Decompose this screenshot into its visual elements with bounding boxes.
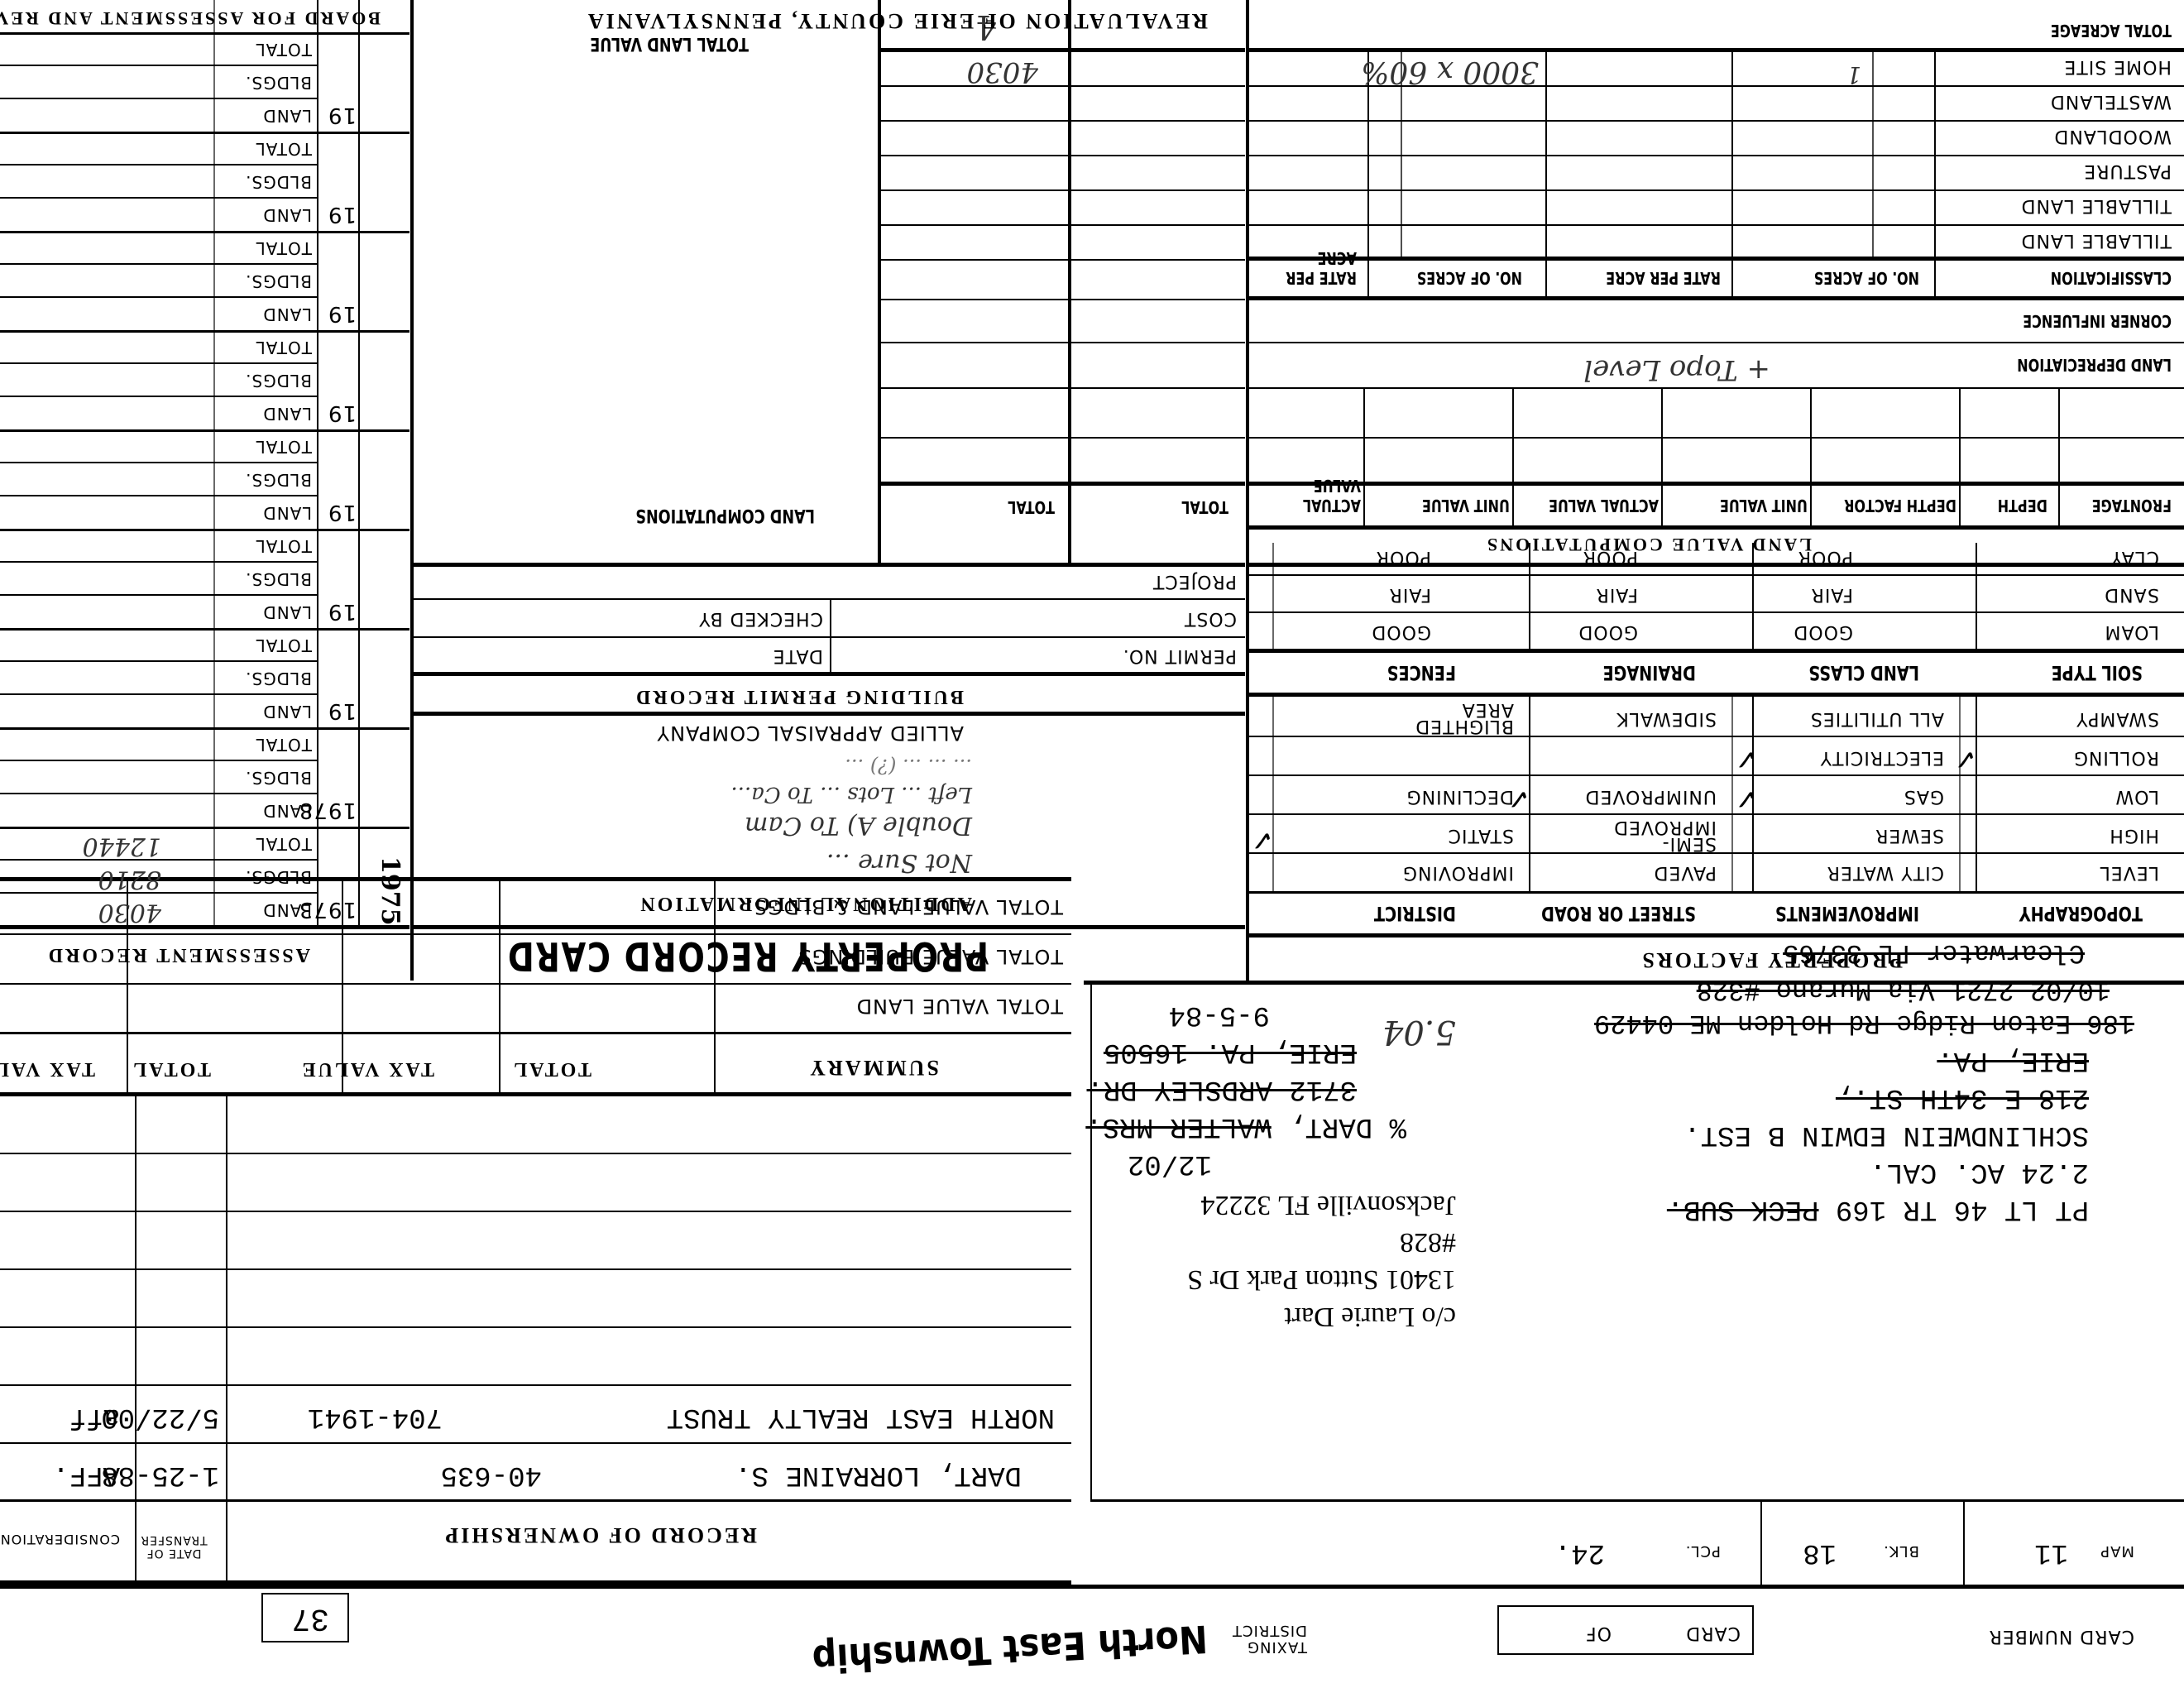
summary-tax-header: TAX VALUE	[300, 1057, 434, 1080]
corner-influence-label: CORNER INFLUENCE	[2023, 311, 2172, 331]
checkmark-icon[interactable]: ✓	[1954, 742, 1978, 775]
assessment-bldgs-label: BLDGS.	[245, 371, 312, 391]
col-depth-factor: DEPTH FACTOR	[1844, 496, 1956, 516]
assessment-total-label: TOTAL	[256, 338, 312, 357]
checkmark-icon[interactable]: ✓	[1735, 742, 1759, 775]
pf-low: LOW	[2115, 786, 2159, 807]
assessment-bldgs-label: BLDGS.	[245, 271, 312, 291]
col-unit-value-2: UNIT VALUE	[1422, 496, 1510, 516]
acreage-line: 2.24 AC. CAL.	[1870, 1156, 2089, 1187]
old-address-line: 218 E 34TH ST.,	[1836, 1081, 2089, 1113]
owner-name-line: SCHLINDWEIN EDWIN B EST.	[1683, 1119, 2089, 1150]
checkmark-icon[interactable]: ✓	[1251, 823, 1275, 856]
fences-good: GOOD	[1371, 621, 1431, 642]
col-total: TOTAL	[1181, 497, 1228, 517]
assessment-bldgs-label: BLDGS.	[245, 669, 312, 688]
assessment-total-value[interactable]: 12440	[83, 832, 161, 861]
assessment-entry: 19LANDBLDGS.TOTAL	[0, 33, 409, 132]
pf-city-water: CITY WATER	[1827, 862, 1944, 883]
handwritten-acreage: 5.04	[1382, 1013, 1456, 1051]
classification-header: CLASSIFICATION	[2051, 268, 2172, 288]
assessment-entry: 19LANDBLDGS.TOTAL	[0, 232, 409, 331]
summary-total-header: TOTAL	[511, 1057, 591, 1080]
assessment-total-label: TOTAL	[256, 139, 312, 159]
note-line: ... ... ... (?) ...	[845, 755, 972, 778]
pf-semi-improved: SEMI-IMPROVED	[1617, 818, 1717, 851]
total-land-value-label: TOTAL LAND VALUE	[590, 33, 749, 54]
soil-loam: LOAM	[2105, 621, 2159, 642]
class-home-site: HOME SITE	[2063, 56, 2172, 77]
assessment-year: 19	[328, 202, 357, 227]
home-site-rate-note: 3000 x 60%	[1361, 55, 1539, 89]
pf-sewer: SEWER	[1875, 825, 1944, 846]
pcl-value[interactable]: 24.	[1554, 1537, 1605, 1568]
summary-total-header-2: TOTAL	[131, 1057, 211, 1080]
pf-high: HIGH	[2109, 825, 2159, 846]
ownership-title: RECORD OF OWNERSHIP	[443, 1523, 757, 1547]
assessment-year: 19	[328, 301, 357, 326]
land-class-header: LAND CLASS	[1808, 661, 1919, 684]
assessment-bldgs-label: BLDGS.	[245, 172, 312, 192]
land-value-computations: LAND VALUE COMPUTATIONS FRONTAGE DEPTH D…	[1249, 0, 2184, 567]
property-factors-title: PROPERTY FACTORS	[1640, 947, 1903, 972]
ownership-row: DART, LORRAINE S. 40-635 1-25-88 AFF.	[0, 1444, 1071, 1502]
topography-header: TOPOGRAPHY	[2019, 902, 2143, 925]
assessment-bldgs-label: BLDGS.	[245, 867, 312, 887]
land-depreciation-note: + Topo Level	[1583, 353, 1770, 386]
old-city-line: ERIE, PA.	[1937, 1044, 2089, 1076]
pf-sidewalk: SIDEWALK	[1616, 708, 1717, 729]
soil-type-header: SOIL TYPE	[2052, 661, 2143, 684]
mailing-street-line: 13401 Sutton Park Dr S	[1187, 1264, 1456, 1295]
assessment-entry: 19LANDBLDGS.TOTAL	[0, 430, 409, 530]
form-title: REVALUATION OF ERIE COUNTY, PENNSYLVANIA	[586, 8, 1208, 33]
drainage-header: DRAINAGE	[1602, 661, 1696, 684]
assessment-land-label: LAND	[262, 602, 312, 622]
assessment-land-label: LAND	[262, 305, 312, 324]
parcel-id-row: MAP 11 BLK. 18 PCL. 24.	[1092, 1502, 2184, 1585]
district-header: DISTRICT	[1374, 902, 1456, 925]
street-header: STREET OR ROAD	[1541, 902, 1696, 925]
pf-level: LEVEL	[2100, 862, 2159, 883]
old-mailing-city: ERIE, PA. 16505	[1104, 1036, 1357, 1067]
assessment-year: 19	[328, 599, 357, 624]
land-class-fair: FAIR	[1811, 584, 1853, 605]
land-depreciation-label: LAND DEPRECIATION	[2017, 355, 2172, 375]
assessment-total-label: TOTAL	[256, 536, 312, 556]
assessment-grid: 1973LAND4030BLDGS.8210TOTAL124401978LAND…	[0, 0, 409, 927]
no-of-acres-header-2: NO. OF ACRES	[1417, 268, 1522, 288]
assessment-year: 19	[328, 698, 357, 723]
transfer-col-header: DATE OF TRANSFER	[128, 1533, 219, 1560]
assessment-title: ASSESSMENT RECORD	[46, 943, 310, 966]
pf-rolling: ROLLING	[2073, 747, 2159, 768]
assessment-land-label: LAND	[262, 205, 312, 225]
checkmark-icon[interactable]: ✓	[1735, 782, 1759, 815]
assessment-land-label: LAND	[262, 702, 312, 722]
consideration-col-header: CONSIDERATION	[0, 1532, 120, 1547]
appraiser-name: ALLIED APPRAISAL COMPANY	[657, 722, 965, 745]
mailing-city-line: Jacksonville FL 32224	[1201, 1189, 1457, 1220]
no-of-acres-header: NO. OF ACRES	[1814, 268, 1919, 288]
pf-all-utilities: ALL UTILITIES	[1810, 708, 1944, 729]
pf-swampy: SWAMPY	[2076, 708, 2159, 729]
blk-label: BLK.	[1883, 1542, 1919, 1560]
page-number-box: 37	[261, 1593, 349, 1642]
map-label: MAP	[2100, 1542, 2134, 1560]
assessment-entry: 1973LAND4030BLDGS.8210TOTAL12440	[0, 827, 409, 927]
assessment-entry: 1978LANDBLDGS.TOTAL	[0, 728, 409, 827]
summary-title: SUMMARY	[807, 1055, 939, 1080]
care-of-line: c/o Laurie Dart	[1284, 1301, 1456, 1332]
map-value[interactable]: 11	[2034, 1537, 2068, 1568]
col-actual-value: ACTUAL VALUE	[1549, 496, 1659, 516]
assessment-bldgs-label: BLDGS.	[245, 768, 312, 788]
assessment-land-label: LAND	[262, 801, 312, 821]
rate-per-acre-header: RATE PER ACRE	[1606, 268, 1721, 288]
care-of-old-line: % DART, WALTER MRS.	[1085, 1110, 1406, 1142]
note-line: Left ... Lots ... To Ca...	[730, 782, 972, 807]
col-frontage: FRONTAGE	[2092, 496, 2172, 516]
pf-unimproved: UNIMPROVED	[1585, 786, 1717, 807]
assessment-bldgs-value[interactable]: 8210	[98, 865, 161, 894]
owner-address-block: PT LT 46 TR 169 PECK SUB. 2.24 AC. CAL. …	[1084, 985, 2184, 1498]
pf-electricity: ELECTRICITY	[1820, 747, 1944, 768]
improvements-header: IMPROVEMENTS	[1775, 902, 1919, 925]
checked-by-label: CHECKED BY	[698, 608, 823, 629]
summary-row-land: TOTAL VALUE LAND	[856, 995, 1063, 1018]
card-number-label: CARD NUMBER	[1989, 1626, 2134, 1647]
old-address-line-2: 186 Eaton Ridge Rd Holden ME 04429	[1594, 1008, 2134, 1038]
old-mailing-street: 3712 ARDSLEY DR.	[1087, 1073, 1357, 1105]
assessment-year: 19	[328, 400, 357, 425]
col-depth: DEPTH	[1998, 496, 2047, 516]
assessment-total-label: TOTAL	[256, 437, 312, 457]
assessment-year: 19	[328, 500, 357, 525]
assessment-land-value[interactable]: 4030	[98, 898, 161, 927]
col-total-2: TOTAL	[1008, 497, 1055, 517]
card-of-box[interactable]: CARD OF	[1497, 1605, 1754, 1655]
land-class-good: GOOD	[1793, 621, 1853, 642]
taxing-district-label: TAXING DISTRICT	[1208, 1622, 1307, 1655]
permit-no-label: PERMIT NO.	[1123, 645, 1237, 666]
assessment-entry: 19LANDBLDGS.TOTAL	[0, 629, 409, 728]
pf-paved: PAVED	[1654, 862, 1717, 883]
pf-static: STATIC	[1448, 825, 1514, 846]
assessment-land-label: LAND	[262, 503, 312, 523]
project-label: PROJECT	[1152, 571, 1237, 592]
assessment-bldgs-label: BLDGS.	[245, 569, 312, 589]
date-line-2: 9-5-84	[1169, 999, 1270, 1030]
drainage-good: GOOD	[1578, 621, 1638, 642]
class-woodland: WOODLAND	[2053, 126, 2172, 146]
assessment-total-label: TOTAL	[256, 735, 312, 755]
assessment-land-label: LAND	[262, 106, 312, 126]
board-title: BOARD FOR ASSESSMENT AND REVISION OF TAX…	[0, 7, 381, 29]
fences-header: FENCES	[1387, 661, 1456, 684]
pf-declining: DECLINING	[1406, 786, 1514, 807]
assessment-land-label: LAND	[262, 404, 312, 424]
rate-per-acre-header-2: RATE PER ACRE	[1271, 248, 1357, 288]
assessment-total-label: TOTAL	[256, 40, 312, 60]
assessment-total-label: TOTAL	[256, 635, 312, 655]
legal-desc-line-1: PT LT 46 TR 169 PECK SUB.	[1667, 1193, 2089, 1225]
assessment-entry: 19LANDBLDGS.TOTAL	[0, 132, 409, 232]
home-site-acres: 1	[1846, 61, 1861, 89]
fences-fair: FAIR	[1389, 584, 1431, 605]
summary-tax-header-2: TAX VALUE	[0, 1057, 95, 1080]
total-acreage-label: TOTAL ACREAGE	[2051, 21, 2172, 41]
card-label: CARD	[1685, 1623, 1741, 1643]
blk-value[interactable]: 18	[1803, 1537, 1837, 1568]
building-permit-title: BUILDING PERMIT RECORD	[634, 685, 964, 707]
note-line: Double A) To Cam	[745, 811, 972, 840]
assessment-total-label: TOTAL	[256, 834, 312, 854]
pf-improving: IMPROVING	[1402, 862, 1514, 883]
land-computations-title: LAND COMPUTATIONS	[635, 505, 815, 525]
of-label: OF	[1585, 1623, 1612, 1643]
assessment-bldgs-label: BLDGS.	[245, 470, 312, 490]
property-record-card: CARD NUMBER CARD OF TAXING DISTRICT Nort…	[0, 0, 2184, 1688]
date-line: 12/02	[1128, 1148, 1212, 1179]
additional-info-title: ADDITIONAL INFORMATION	[638, 892, 972, 914]
class-tillable-2: TILLABLE LAND	[2021, 195, 2172, 216]
taxing-district-value: North East Township	[812, 1617, 1209, 1682]
drainage-fair: FAIR	[1596, 584, 1638, 605]
assessment-total-label: TOTAL	[256, 238, 312, 258]
assessment-bldgs-label: BLDGS.	[245, 73, 312, 93]
permit-date-label: DATE	[773, 645, 823, 666]
note-line: Not Sure ...	[826, 848, 972, 877]
land-totals-column: TOTAL TOTAL 4030 4 TOTAL LAND VALUE LAND…	[414, 0, 1245, 567]
assessment-entry: 19LANDBLDGS.TOTAL	[0, 530, 409, 629]
property-factors-section: PROPERTY FACTORS TOPOGRAPHY IMPROVEMENTS…	[1249, 567, 2184, 981]
mailing-unit-line: #828	[1400, 1226, 1456, 1258]
home-site-total: 4030	[966, 55, 1038, 89]
ownership-row: NORTH EAST REALTY TRUST 704-1941 5/22/00…	[0, 1386, 1071, 1444]
frame-line	[0, 1585, 2184, 1589]
assessment-land-label: LAND	[262, 900, 312, 920]
record-card-middle: PROPERTY RECORD CARD ADDITIONAL INFORMAT…	[414, 567, 1245, 981]
land-value-title: LAND VALUE COMPUTATIONS	[1485, 534, 1812, 555]
card-title: PROPERTY RECORD CARD	[506, 933, 989, 979]
pcl-label: PCL.	[1685, 1542, 1721, 1560]
col-unit-value: UNIT VALUE	[1720, 496, 1808, 516]
assessment-year: 19	[328, 103, 357, 127]
soil-sand: SAND	[2104, 584, 2159, 605]
class-pasture: PASTURE	[2083, 161, 2172, 181]
assessment-entry: 19LANDBLDGS.TOTAL	[0, 331, 409, 430]
class-tillable-1: TILLABLE LAND	[2021, 230, 2172, 251]
pf-blighted-area: BLIGHTED AREA	[1398, 701, 1514, 734]
pf-gas: GAS	[1904, 786, 1944, 807]
class-wasteland: WASTELAND	[2050, 91, 2172, 112]
cost-label: COST	[1184, 608, 1237, 629]
